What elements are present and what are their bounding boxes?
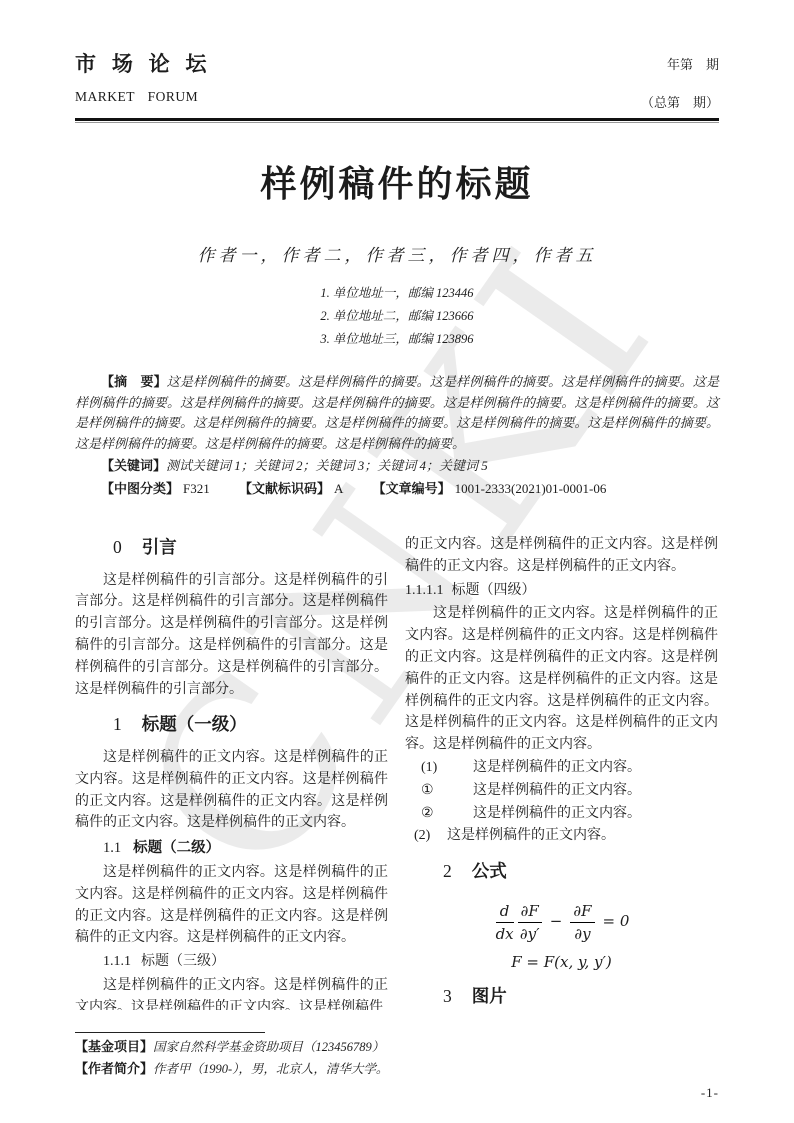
- section-number: 2: [443, 861, 452, 881]
- fraction-numerator: ∂F: [570, 902, 594, 923]
- section-heading-1-1: 1.1标题（二级）: [75, 838, 388, 860]
- issue-year-line: 年第 期: [641, 54, 719, 73]
- journal-page: CNKI 市 场 论 坛 MARKET FORUM 年第 期 （总第 期） 样例…: [0, 0, 794, 1123]
- article-id-group: 【文章编号】1001-2333(2021)01-0001-06: [373, 481, 607, 496]
- list-item: ②这是样例稿件的正文内容。: [405, 803, 718, 825]
- header-rule-thick: [75, 118, 719, 121]
- clc-label: 【中图分类】: [101, 481, 179, 496]
- article-meta: 【摘 要】这是样例稿件的摘要。这是样例稿件的摘要。这是样例稿件的摘要。这是样例稿…: [75, 372, 719, 500]
- intro-paragraph: 这是样例稿件的引言部分。这是样例稿件的引言部分。这是样例稿件的引言部分。这是样例…: [75, 570, 388, 701]
- abstract-paragraph: 【摘 要】这是样例稿件的摘要。这是样例稿件的摘要。这是样例稿件的摘要。这是样例稿…: [75, 372, 719, 454]
- section-1-1-paragraph: 这是样例稿件的正文内容。这是样例稿件的正文内容。这是样例稿件的正文内容。这是样例…: [75, 862, 388, 949]
- doc-code-value: A: [334, 481, 343, 496]
- section-title: 标题（一级）: [142, 714, 247, 734]
- section-title: 公式: [472, 861, 507, 881]
- footnote-rule: [75, 1032, 265, 1033]
- section-number: 1.1.1.1: [405, 583, 444, 598]
- keywords-label: 【关键词】: [101, 458, 166, 473]
- section-heading-1: 1标题（一级）: [75, 713, 388, 737]
- keywords-text: 测试关键词 1；关键词 2；关键词 3；关键词 4；关键词 5: [166, 458, 488, 473]
- left-column: 0引言 这是样例稿件的引言部分。这是样例稿件的引言部分。这是样例稿件的引言部分。…: [75, 534, 388, 1010]
- list-marker: ①: [421, 780, 473, 802]
- fund-label: 【基金项目】: [75, 1039, 153, 1054]
- journal-title-cn: 市 场 论 坛: [75, 48, 212, 78]
- issue-info: 年第 期 （总第 期）: [641, 48, 719, 111]
- journal-title-en: MARKET FORUM: [75, 89, 212, 105]
- section-heading-1-1-1: 1.1.1标题（三级）: [75, 951, 388, 973]
- affiliation-item: 3. 单位地址三，邮编 123896: [75, 328, 719, 351]
- list-item: (2)这是样例稿件的正文内容。: [405, 825, 718, 847]
- list-item: ①这是样例稿件的正文内容。: [405, 780, 718, 802]
- section-1-1-1-paragraph-part1: 这是样例稿件的正文内容。这是样例稿件的正文内容。这是样例稿件的正文内容。这是样例…: [75, 975, 388, 1010]
- fraction-d-dx: ddx: [496, 902, 514, 943]
- minus-operator: −: [550, 912, 563, 930]
- list-marker: (2): [414, 825, 447, 847]
- fraction-numerator: d: [496, 902, 514, 923]
- list-item: (1)这是样例稿件的正文内容。: [405, 757, 718, 779]
- section-number: 1: [113, 714, 122, 734]
- article-title: 样例稿件的标题: [75, 156, 719, 207]
- section-heading-intro: 0引言: [75, 536, 388, 560]
- abstract-text: 这是样例稿件的摘要。这是样例稿件的摘要。这是样例稿件的摘要。这是样例稿件的摘要。…: [75, 374, 719, 451]
- fraction-dF-dy1: ∂F∂y′: [518, 902, 542, 943]
- article-id-label: 【文章编号】: [373, 481, 451, 496]
- right-column: 的正文内容。这是样例稿件的正文内容。这是样例稿件的正文内容。这是样例稿件的正文内…: [405, 534, 718, 1010]
- bio-line: 【作者简介】作者甲（1990-），男，北京人，清华大学。: [75, 1061, 719, 1077]
- clc-group: 【中图分类】F321: [101, 481, 210, 496]
- fraction-numerator: ∂F: [518, 902, 542, 923]
- section-number: 1.1: [103, 840, 121, 856]
- formula-line2: F = F(x, y, y′): [405, 953, 718, 971]
- article-id-value: 1001-2333(2021)01-0001-06: [455, 481, 607, 496]
- section-title: 标题（三级）: [141, 954, 225, 969]
- affiliations: 1. 单位地址一，邮编 123446 2. 单位地址二，邮编 123666 3.…: [75, 282, 719, 351]
- page-header: 市 场 论 坛 MARKET FORUM 年第 期 （总第 期）: [75, 0, 719, 111]
- doc-code-group: 【文献标识码】A: [239, 481, 343, 496]
- list-text: 这是样例稿件的正文内容。: [473, 803, 641, 825]
- section-number: 1.1.1: [103, 954, 131, 969]
- section-title: 图片: [472, 986, 507, 1006]
- section-number: 3: [443, 986, 452, 1006]
- section-number: 0: [113, 537, 122, 557]
- section-1-1-1-paragraph-part2: 的正文内容。这是样例稿件的正文内容。这是样例稿件的正文内容。这是样例稿件的正文内…: [405, 534, 718, 578]
- bio-label: 【作者简介】: [75, 1061, 153, 1076]
- list-marker: ②: [421, 803, 473, 825]
- formula-block: ddx∂F∂y′−∂F∂y= 0 F = F(x, y, y′): [405, 902, 718, 971]
- affiliation-item: 1. 单位地址一，邮编 123446: [75, 282, 719, 305]
- fraction-denominator: ∂y: [570, 923, 594, 943]
- section-title: 标题（四级）: [452, 583, 536, 598]
- doc-code-label: 【文献标识码】: [239, 481, 330, 496]
- section-1-1-1-1-paragraph: 这是样例稿件的正文内容。这是样例稿件的正文内容。这是样例稿件的正文内容。这是样例…: [405, 603, 718, 756]
- header-rule-thin: [75, 122, 719, 123]
- list-text: 这是样例稿件的正文内容。: [473, 757, 641, 779]
- list-text: 这是样例稿件的正文内容。: [447, 825, 615, 847]
- body-columns: 0引言 这是样例稿件的引言部分。这是样例稿件的引言部分。这是样例稿件的引言部分。…: [75, 534, 719, 1010]
- section-title: 标题（二级）: [133, 840, 220, 856]
- formula-rhs: = 0: [603, 912, 630, 930]
- section-heading-3: 3图片: [405, 985, 718, 1009]
- fraction-denominator: ∂y′: [518, 923, 542, 943]
- list-marker: (1): [421, 757, 473, 779]
- section-heading-2: 2公式: [405, 860, 718, 884]
- section-1-paragraph: 这是样例稿件的正文内容。这是样例稿件的正文内容。这是样例稿件的正文内容。这是样例…: [75, 747, 388, 834]
- list-text: 这是样例稿件的正文内容。: [473, 780, 641, 802]
- classification-line: 【中图分类】F321 【文献标识码】A 【文章编号】1001-2333(2021…: [75, 477, 719, 500]
- journal-title-block: 市 场 论 坛 MARKET FORUM: [75, 48, 212, 111]
- section-heading-1-1-1-1: 1.1.1.1标题（四级）: [405, 580, 718, 602]
- page-number: -1-: [75, 1085, 719, 1101]
- authors-line: 作者一，作者二，作者三，作者四，作者五: [75, 241, 719, 266]
- abstract-label: 【摘 要】: [101, 374, 167, 389]
- fund-line: 【基金项目】国家自然科学基金资助项目（123456789）: [75, 1039, 719, 1055]
- fund-text: 国家自然科学基金资助项目（123456789）: [153, 1040, 384, 1054]
- issue-total-line: （总第 期）: [641, 92, 719, 111]
- affiliation-item: 2. 单位地址二，邮编 123666: [75, 305, 719, 328]
- section-title: 引言: [142, 537, 177, 557]
- fraction-denominator: dx: [496, 923, 514, 943]
- bio-text: 作者甲（1990-），男，北京人，清华大学。: [153, 1062, 388, 1076]
- keywords-line: 【关键词】测试关键词 1；关键词 2；关键词 3；关键词 4；关键词 5: [75, 454, 719, 477]
- clc-value: F321: [183, 481, 210, 496]
- fraction-dF-dy2: ∂F∂y: [570, 902, 594, 943]
